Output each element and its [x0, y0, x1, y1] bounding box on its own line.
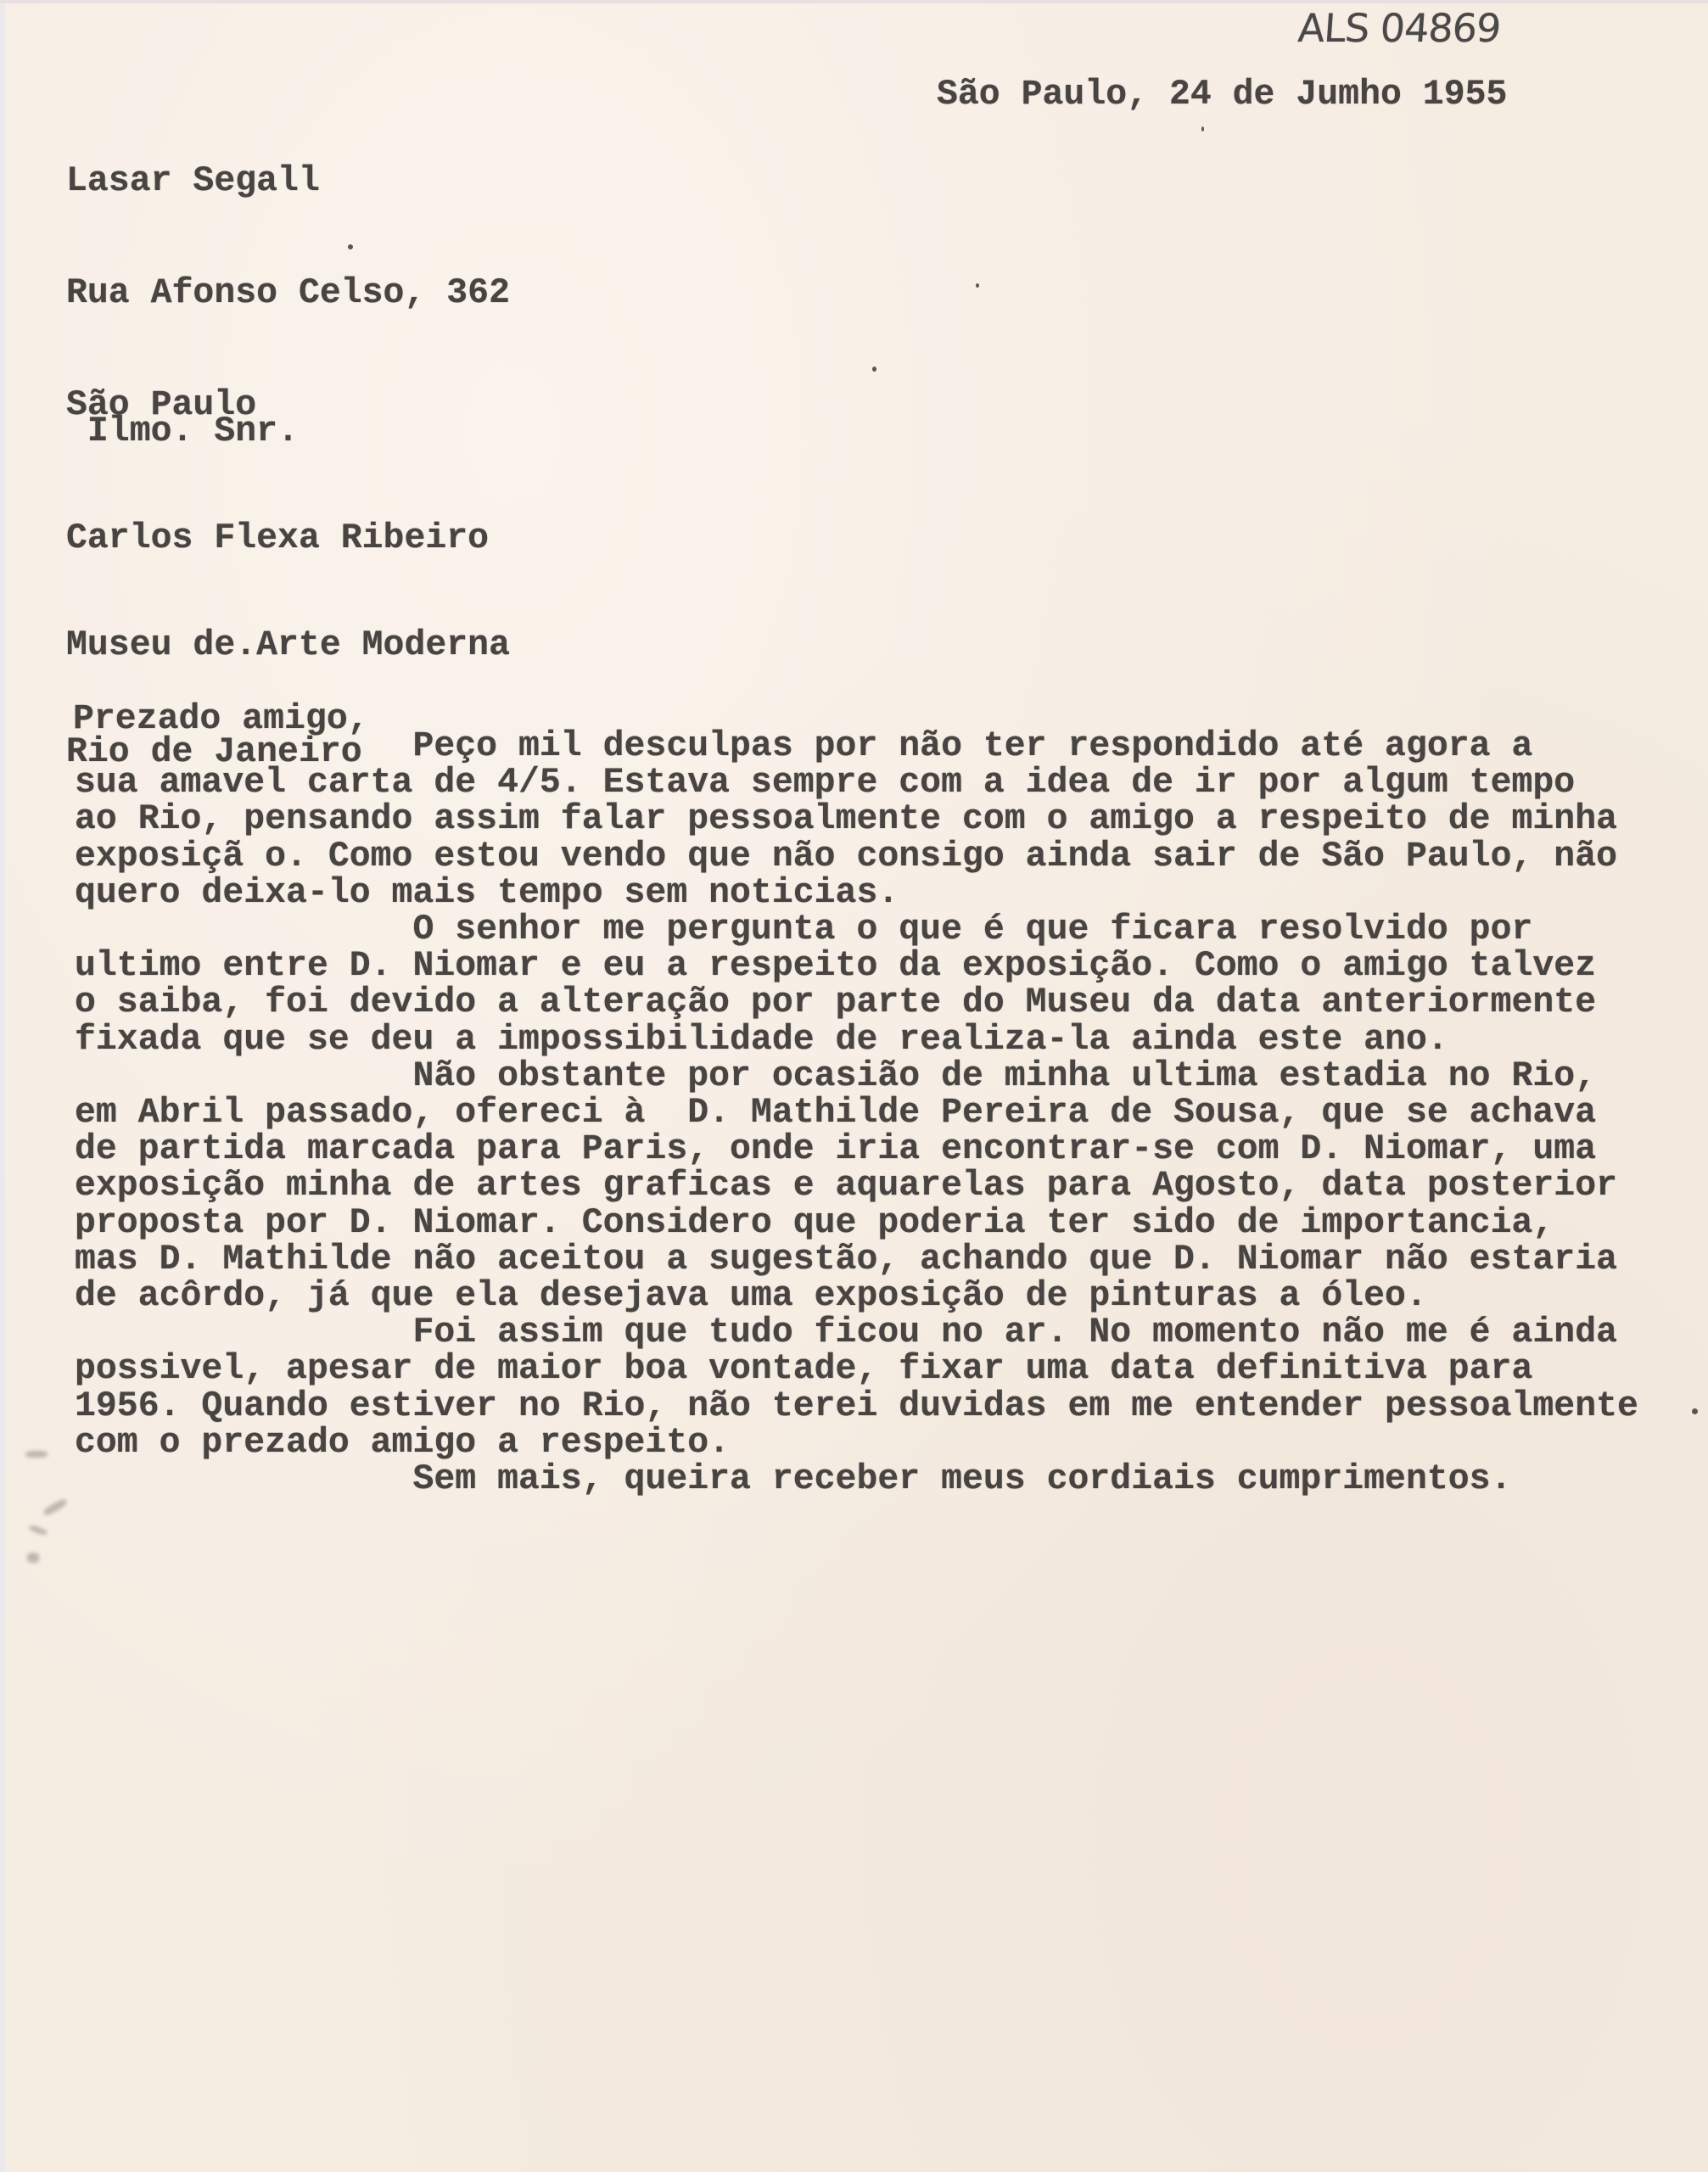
body-line: ultimo entre D. Niomar e eu a respeito d… [75, 948, 1638, 984]
sender-name: Lasar Segall [66, 163, 510, 200]
pencil-smudge [27, 1553, 39, 1563]
page-top-edge [0, 0, 1708, 3]
body-line: sua amavel carta de 4/5. Estava sempre c… [75, 764, 1638, 801]
body-line: mas D. Mathilde não aceitou a sugestão, … [75, 1241, 1638, 1278]
ink-speck [1692, 1408, 1698, 1414]
body-line: 1956. Quando estiver no Rio, não terei d… [75, 1388, 1638, 1425]
body-line: o saiba, foi devido a alteração por part… [75, 984, 1638, 1021]
body-line: exposiçã o. Como estou vendo que não con… [75, 838, 1638, 875]
body-line: Foi assim que tudo ficou no ar. No momen… [75, 1314, 1638, 1351]
recipient-name: Carlos Flexa Ribeiro [66, 521, 510, 557]
body-line: ao Rio, pensando assim falar pessoalment… [75, 801, 1638, 837]
ink-speck [872, 367, 876, 372]
sender-street: Rua Afonso Celso, 362 [66, 275, 510, 312]
pencil-smudge [25, 1451, 48, 1458]
body-line: Não obstante por ocasião de minha ultima… [75, 1058, 1638, 1094]
body-line: fixada que se deu a impossibilidade de r… [75, 1022, 1638, 1058]
body-line: em Abril passado, ofereci à D. Mathilde … [75, 1094, 1638, 1131]
body-line: Peço mil desculpas por não ter respondid… [75, 728, 1638, 764]
body-line: quero deixa-lo mais tempo sem noticias. [75, 875, 1638, 911]
body-line: proposta por D. Niomar. Considero que po… [75, 1205, 1638, 1241]
page-left-edge [0, 0, 5, 2172]
ink-speck [976, 283, 979, 288]
ink-speck [348, 244, 353, 249]
archive-stamp: ALS 04869 [1296, 5, 1502, 51]
body-line: possivel, apesar de maior boa vontade, f… [75, 1351, 1638, 1387]
recipient-institution: Museu de.Arte Moderna [66, 628, 510, 663]
body-line: Sem mais, queira receber meus cordiais c… [75, 1461, 1638, 1497]
date-line: São Paulo, 24 de Jumho 1955 [937, 76, 1507, 113]
body-line: de partida marcada para Paris, onde iria… [75, 1131, 1638, 1167]
ink-speck [1201, 126, 1204, 132]
body-line: exposição minha de artes graficas e aqua… [75, 1167, 1638, 1204]
recipient-title: Ilmo. Snr. [66, 414, 510, 450]
body-line: de acôrdo, já que ela desejava uma expos… [75, 1278, 1638, 1314]
body-line: com o prezado amigo a respeito. [75, 1425, 1638, 1461]
letter-body: Peço mil desculpas por não ter respondid… [75, 728, 1638, 1497]
body-line: O senhor me pergunta o que é que ficara … [75, 911, 1638, 948]
